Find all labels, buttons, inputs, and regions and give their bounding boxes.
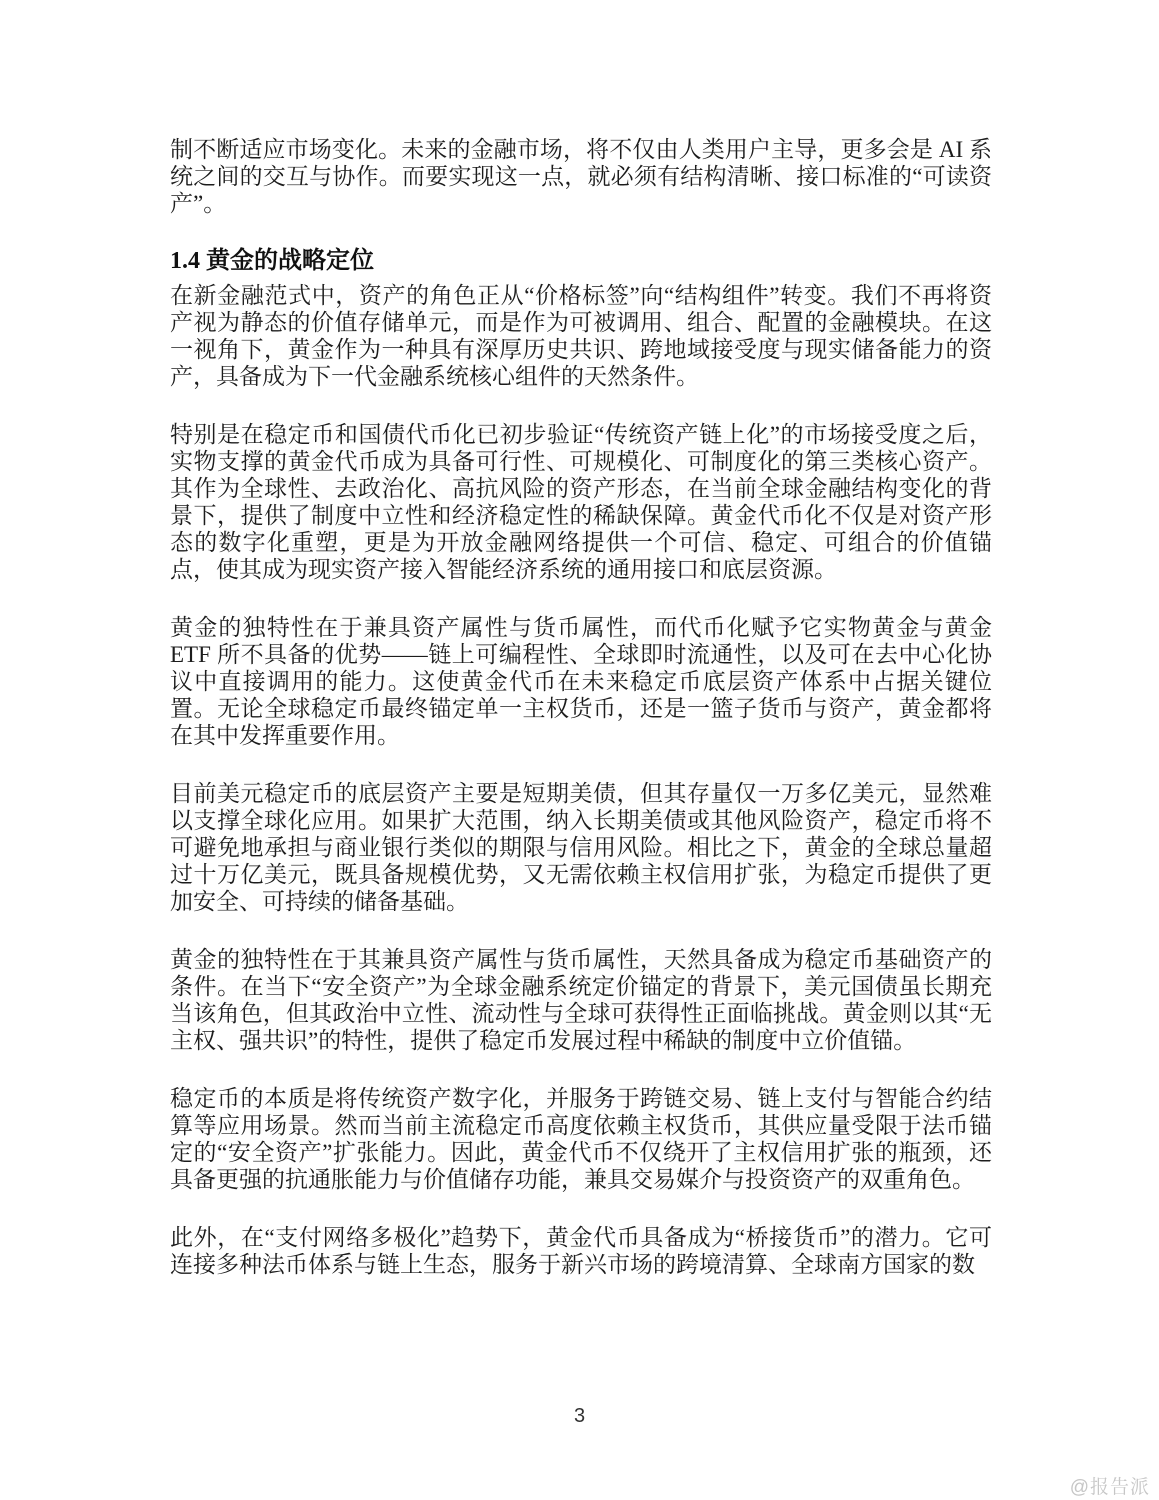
paragraph-continuation: 制不断适应市场变化。未来的金融市场，将不仅由人类用户主导，更多会是 AI 系统之… — [170, 136, 992, 217]
paragraph: 黄金的独特性在于兼具资产属性与货币属性，而代币化赋予它实物黄金与黄金 ETF 所… — [170, 614, 992, 749]
section-heading: 1.4 黄金的战略定位 — [170, 248, 992, 274]
paragraph: 此外，在“支付网络多极化”趋势下，黄金代币具备成为“桥接货币”的潜力。它可连接多… — [170, 1224, 992, 1278]
document-page: 制不断适应市场变化。未来的金融市场，将不仅由人类用户主导，更多会是 AI 系统之… — [0, 0, 1159, 1500]
page-number: 3 — [0, 1405, 1159, 1428]
paragraph: 在新金融范式中，资产的角色正从“价格标签”向“结构组件”转变。我们不再将资产视为… — [170, 282, 992, 390]
document-content: 制不断适应市场变化。未来的金融市场，将不仅由人类用户主导，更多会是 AI 系统之… — [170, 136, 992, 1309]
paragraph: 目前美元稳定币的底层资产主要是短期美债，但其存量仅一万多亿美元，显然难以支撑全球… — [170, 780, 992, 915]
paragraph: 黄金的独特性在于其兼具资产属性与货币属性，天然具备成为稳定币基础资产的条件。在当… — [170, 946, 992, 1054]
paragraph: 特别是在稳定币和国债代币化已初步验证“传统资产链上化”的市场接受度之后，实物支撑… — [170, 421, 992, 583]
paragraph: 稳定币的本质是将传统资产数字化，并服务于跨链交易、链上支付与智能合约结算等应用场… — [170, 1085, 992, 1193]
watermark: @报告派 — [1070, 1472, 1150, 1499]
